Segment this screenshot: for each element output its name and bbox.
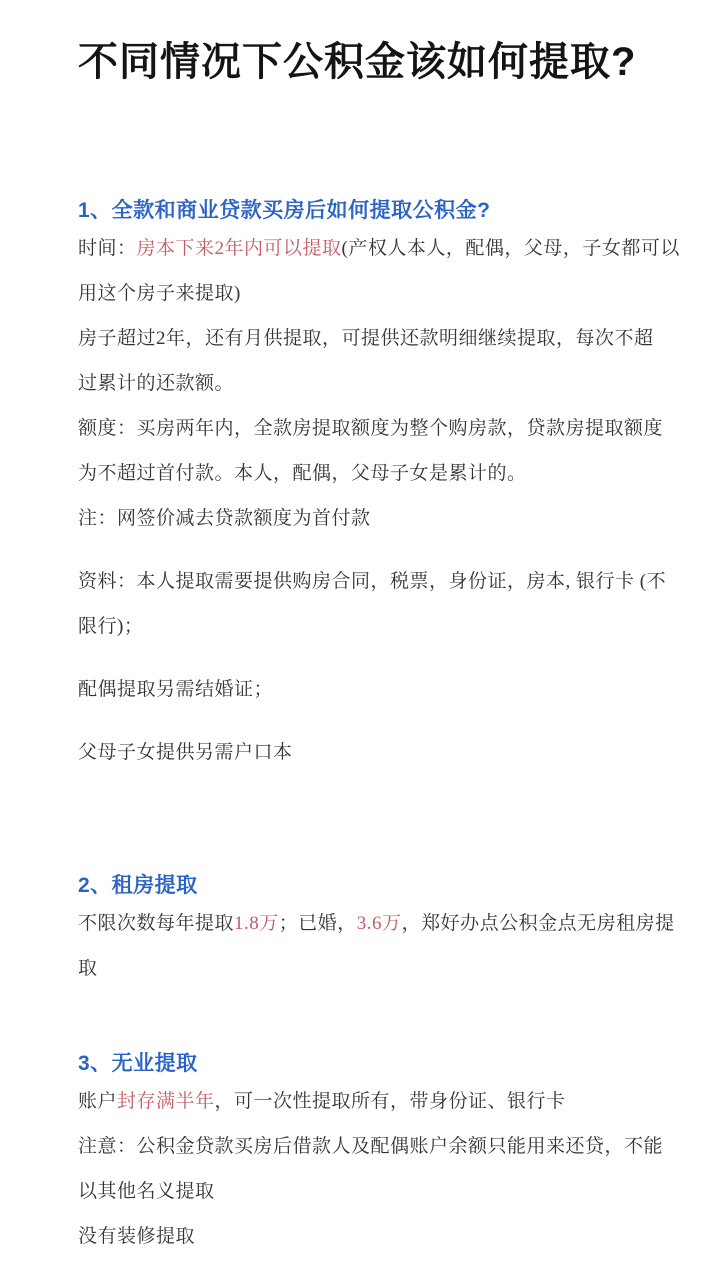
highlight-segment: 房本下来2年内可以提取 <box>137 238 342 259</box>
paragraph-line: 注意：公积金贷款买房后借款人及配偶账户余额只能用来还贷，不能 <box>78 1124 674 1169</box>
paragraph-line: 配偶提取另需结婚证； <box>78 667 674 712</box>
text-segment: 注意：公积金贷款买房后借款人及配偶账户余额只能用来还贷，不能 <box>78 1136 663 1157</box>
text-segment: 用这个房子来提取) <box>78 283 241 304</box>
text-segment: 不限次数每年提取 <box>78 913 234 934</box>
section-3-heading: 3、无业提取 <box>78 1049 674 1079</box>
text-segment: 没有装修提取 <box>78 1226 195 1247</box>
page-title: 不同情况下公积金该如何提取? <box>78 36 674 88</box>
paragraph-line: 没有装修提取 <box>78 1214 674 1259</box>
section-unemployed-withdrawal: 3、无业提取 账户封存满半年，可一次性提取所有，带身份证、银行卡 注意：公积金贷… <box>78 1049 674 1259</box>
paragraph-line: 为不超过首付款。本人，配偶，父母子女是累计的。 <box>78 451 674 496</box>
text-segment: 时间： <box>78 238 137 259</box>
highlight-segment: 1.8万 <box>234 913 279 934</box>
text-segment: 过累计的还款额。 <box>78 373 234 394</box>
text-segment: ，可一次性提取所有，带身份证、银行卡 <box>215 1091 566 1112</box>
paragraph-line: 过累计的还款额。 <box>78 361 674 406</box>
paragraph-line: 账户封存满半年，可一次性提取所有，带身份证、银行卡 <box>78 1079 674 1124</box>
section-2-heading: 2、租房提取 <box>78 871 674 901</box>
text-segment: 父母子女提供另需户口本 <box>78 742 293 763</box>
text-segment: 取 <box>78 958 98 979</box>
section-full-payment-loan: 1、全款和商业贷款买房后如何提取公积金? 时间：房本下来2年内可以提取(产权人本… <box>78 196 674 775</box>
highlight-segment: 3.6万 <box>357 913 402 934</box>
text-segment: 为不超过首付款。本人，配偶，父母子女是累计的。 <box>78 463 527 484</box>
text-segment: 房子超过2年，还有月供提取，可提供还款明细继续提取，每次不超 <box>78 328 654 349</box>
section-rent-withdrawal: 2、租房提取 不限次数每年提取1.8万；已婚，3.6万，郑好办点公积金点无房租房… <box>78 871 674 991</box>
text-segment: 资料：本人提取需要提供购房合同，税票，身份证，房本, 银行卡 (不 <box>78 571 666 592</box>
paragraph-line: 不限次数每年提取1.8万；已婚，3.6万，郑好办点公积金点无房租房提 <box>78 901 674 946</box>
paragraph-line: 时间：房本下来2年内可以提取(产权人本人，配偶，父母，子女都可以 <box>78 226 674 271</box>
text-segment: 额度：买房两年内，全款房提取额度为整个购房款，贷款房提取额度 <box>78 418 663 439</box>
paragraph-line: 用这个房子来提取) <box>78 271 674 316</box>
text-segment: ；已婚， <box>279 913 357 934</box>
paragraph-line: 注：网签价减去贷款额度为首付款 <box>78 496 674 541</box>
text-segment: 注：网签价减去贷款额度为首付款 <box>78 508 371 529</box>
paragraph-line: 取 <box>78 946 674 991</box>
section-1-heading: 1、全款和商业贷款买房后如何提取公积金? <box>78 196 674 226</box>
paragraph-line: 资料：本人提取需要提供购房合同，税票，身份证，房本, 银行卡 (不 <box>78 559 674 604</box>
article-page: 不同情况下公积金该如何提取? 1、全款和商业贷款买房后如何提取公积金? 时间：房… <box>0 0 724 1280</box>
text-segment: (产权人本人，配偶，父母，子女都可以 <box>342 238 680 259</box>
paragraph-line: 以其他名义提取 <box>78 1169 674 1214</box>
highlight-segment: 封存满半年 <box>117 1091 215 1112</box>
text-segment: 限行)； <box>78 616 143 637</box>
text-segment: ，郑好办点公积金点无房租房提 <box>402 913 675 934</box>
text-segment: 以其他名义提取 <box>78 1181 215 1202</box>
text-segment: 账户 <box>78 1091 117 1112</box>
paragraph-line: 房子超过2年，还有月供提取，可提供还款明细继续提取，每次不超 <box>78 316 674 361</box>
paragraph-line: 限行)； <box>78 604 674 649</box>
paragraph-line: 额度：买房两年内，全款房提取额度为整个购房款，贷款房提取额度 <box>78 406 674 451</box>
paragraph-line: 父母子女提供另需户口本 <box>78 730 674 775</box>
text-segment: 配偶提取另需结婚证； <box>78 679 273 700</box>
